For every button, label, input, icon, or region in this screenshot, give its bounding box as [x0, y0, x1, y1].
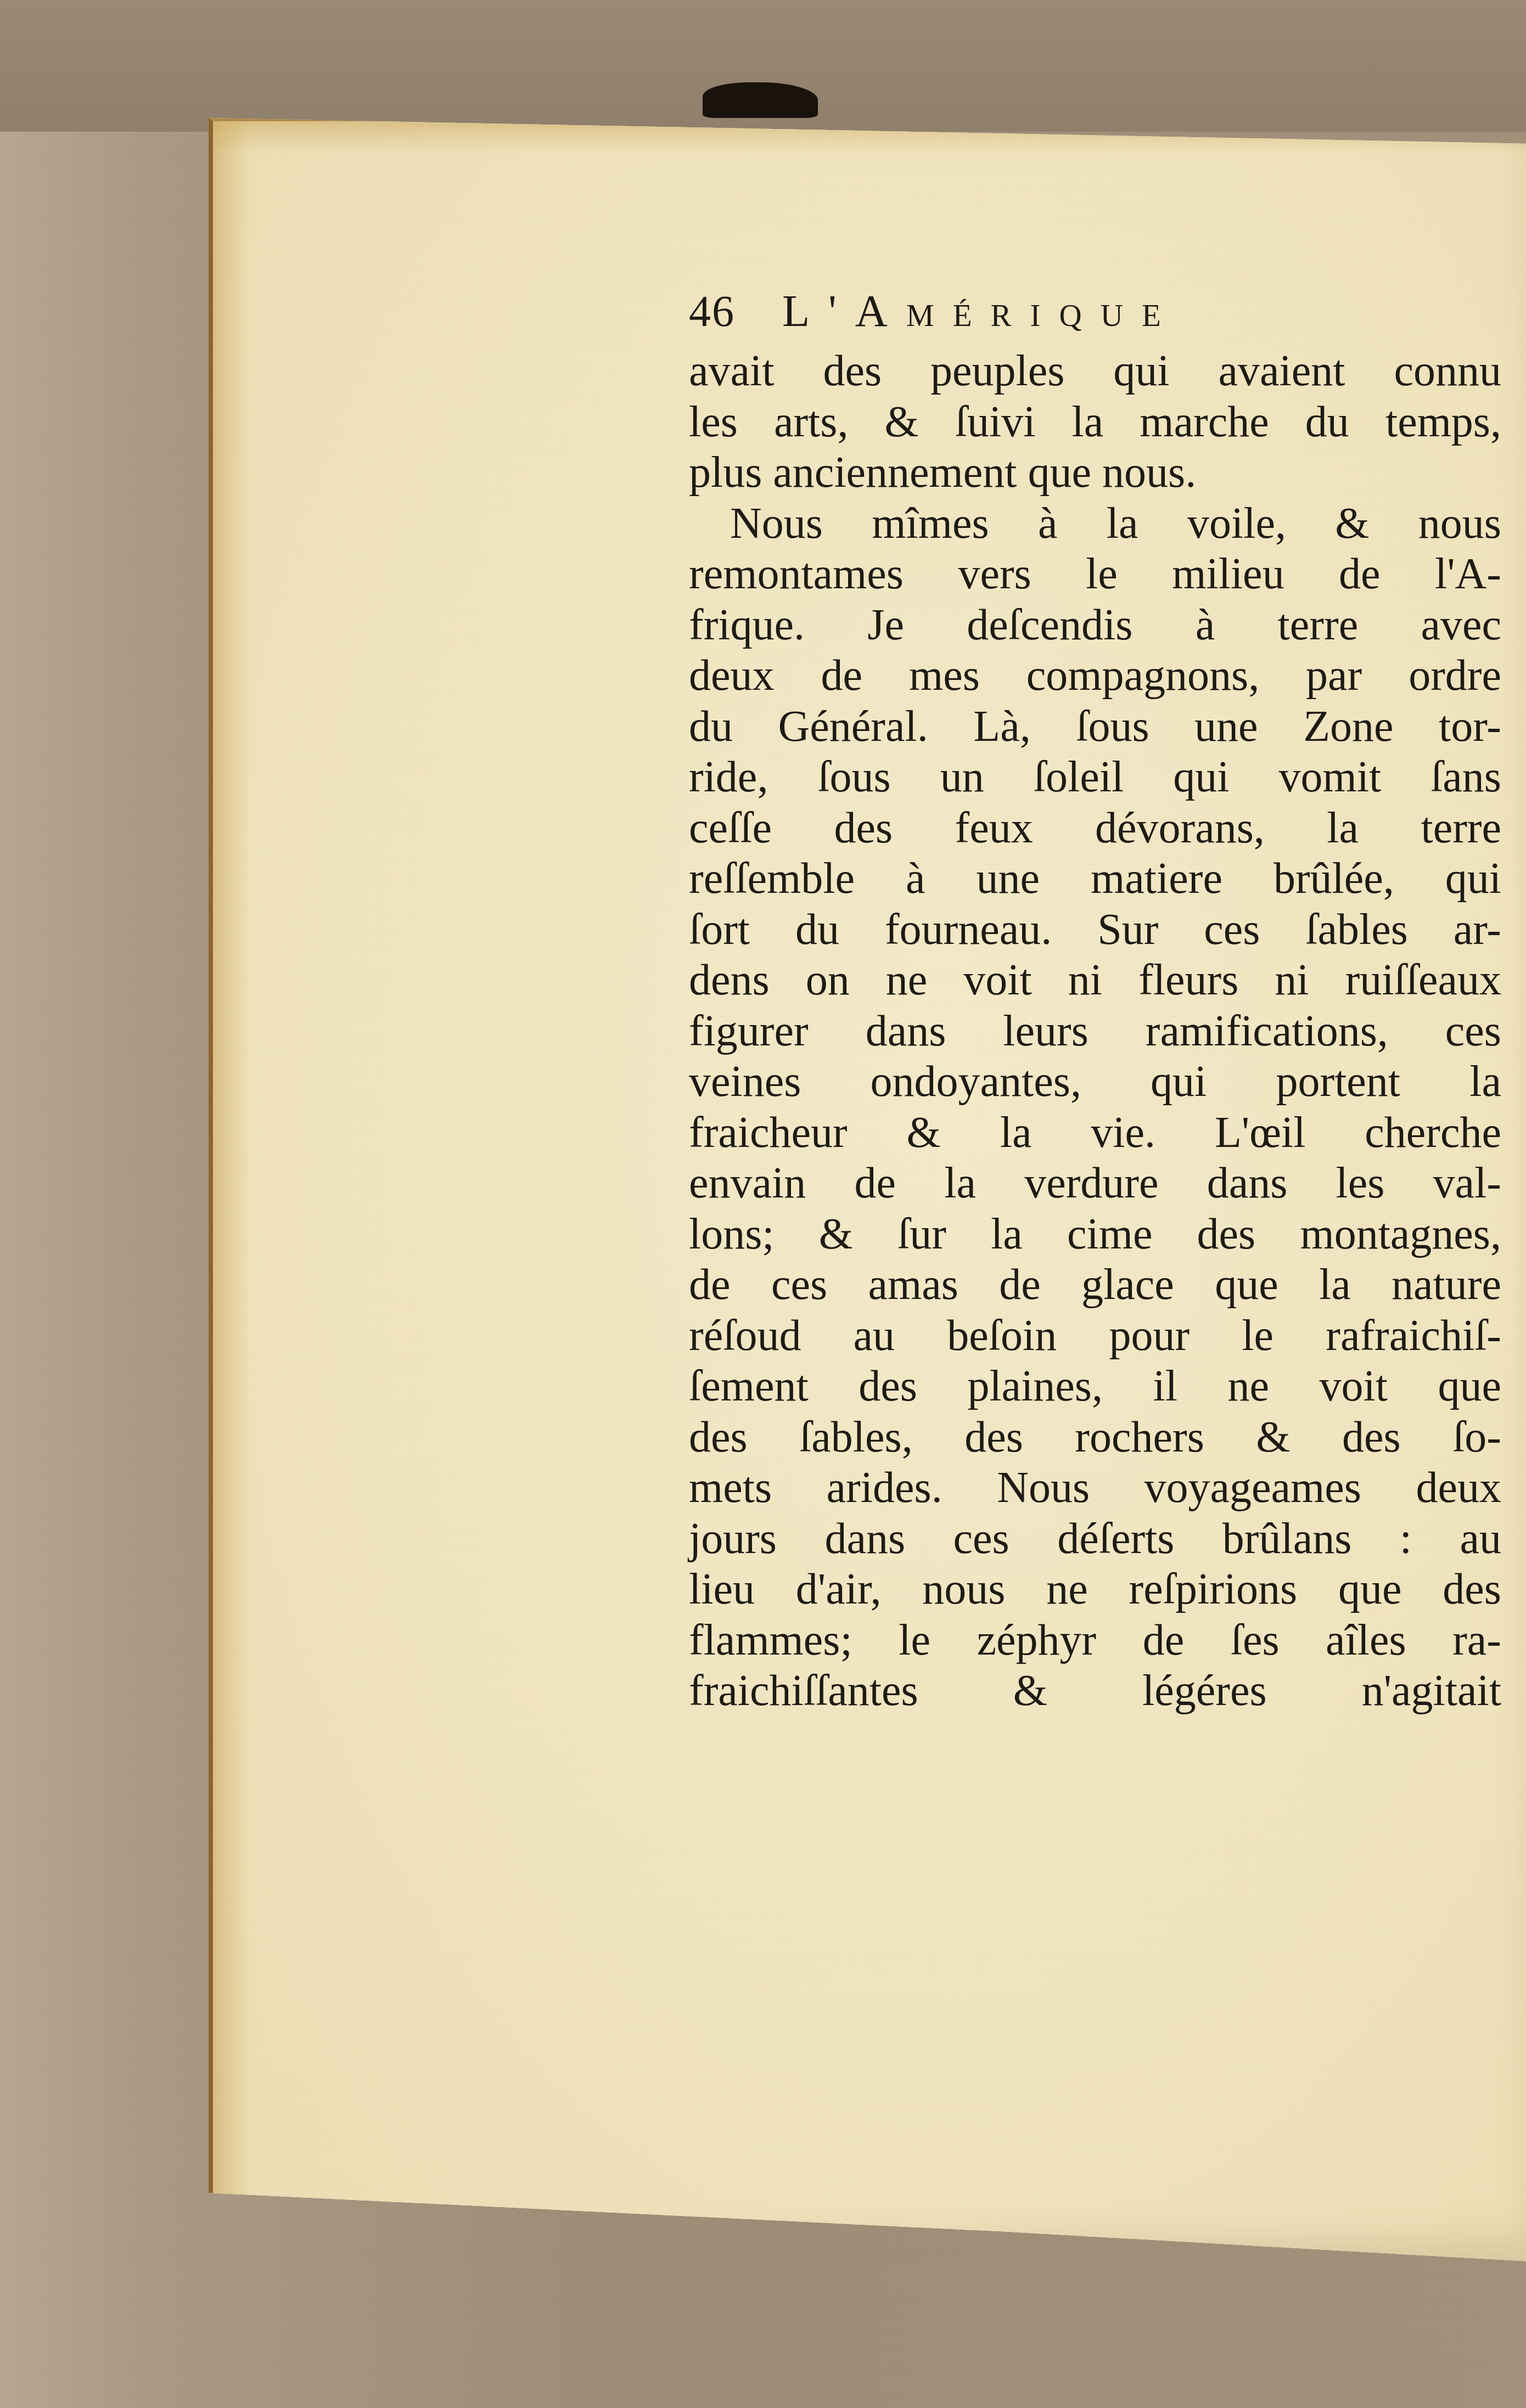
text-line: flammes; le zéphyr de ſes aîles ra-: [689, 1615, 1501, 1666]
text-line: réſoud au beſoin pour le rafraichiſ-: [689, 1310, 1501, 1361]
page-text-block: 46 L'Amérique avait des peuples qui avai…: [689, 285, 1501, 1717]
text-line: fraicheur & la vie. L'œil cherche: [689, 1107, 1501, 1158]
body-text: avait des peuples qui avaient connules a…: [689, 346, 1501, 1717]
text-line: mets arides. Nous voyageames deux: [689, 1462, 1501, 1514]
page-edge-damage: [703, 82, 818, 118]
page-number: 46: [689, 287, 782, 337]
text-line: dens on ne voit ni fleurs ni ruiſſeaux: [689, 955, 1501, 1006]
text-line: envain de la verdure dans les val-: [689, 1158, 1501, 1209]
text-line: figurer dans leurs ramifications, ces: [689, 1006, 1501, 1057]
running-head: 46 L'Amérique: [689, 285, 1501, 346]
text-line: jours dans ces déſerts brûlans : au: [689, 1514, 1501, 1565]
text-line: remontames vers le milieu de l'A-: [689, 549, 1501, 600]
text-line: des ſables, des rochers & des ſo-: [689, 1412, 1501, 1463]
text-line: lieu d'air, nous ne reſpirions que des: [689, 1564, 1501, 1615]
text-line: veines ondoyantes, qui portent la: [689, 1056, 1501, 1107]
text-line: ride, ſous un ſoleil qui vomit ſans: [689, 752, 1501, 803]
text-line: fraichiſſantes & légéres n'agitait: [689, 1666, 1501, 1717]
text-line: ceſſe des feux dévorans, la terre: [689, 803, 1501, 854]
text-line: ſort du fourneau. Sur ces ſables ar-: [689, 904, 1501, 955]
text-line: plus anciennement que nous.: [689, 447, 1501, 498]
running-title: L'Amérique: [782, 285, 1180, 337]
text-line: Nous mîmes à la voile, & nous: [689, 498, 1501, 549]
text-line: lons; & ſur la cime des montagnes,: [689, 1209, 1501, 1260]
text-line: de ces amas de glace que la nature: [689, 1259, 1501, 1310]
text-line: reſſemble à une matiere brûlée, qui: [689, 853, 1501, 904]
text-line: du Général. Là, ſous une Zone tor-: [689, 701, 1501, 752]
text-line: frique. Je deſcendis à terre avec: [689, 600, 1501, 651]
text-line: avait des peuples qui avaient connu: [689, 346, 1501, 397]
text-line: deux de mes compagnons, par ordre: [689, 650, 1501, 701]
text-line: les arts, & ſuivi la marche du temps,: [689, 397, 1501, 448]
text-line: ſement des plaines, il ne voit que: [689, 1361, 1501, 1412]
